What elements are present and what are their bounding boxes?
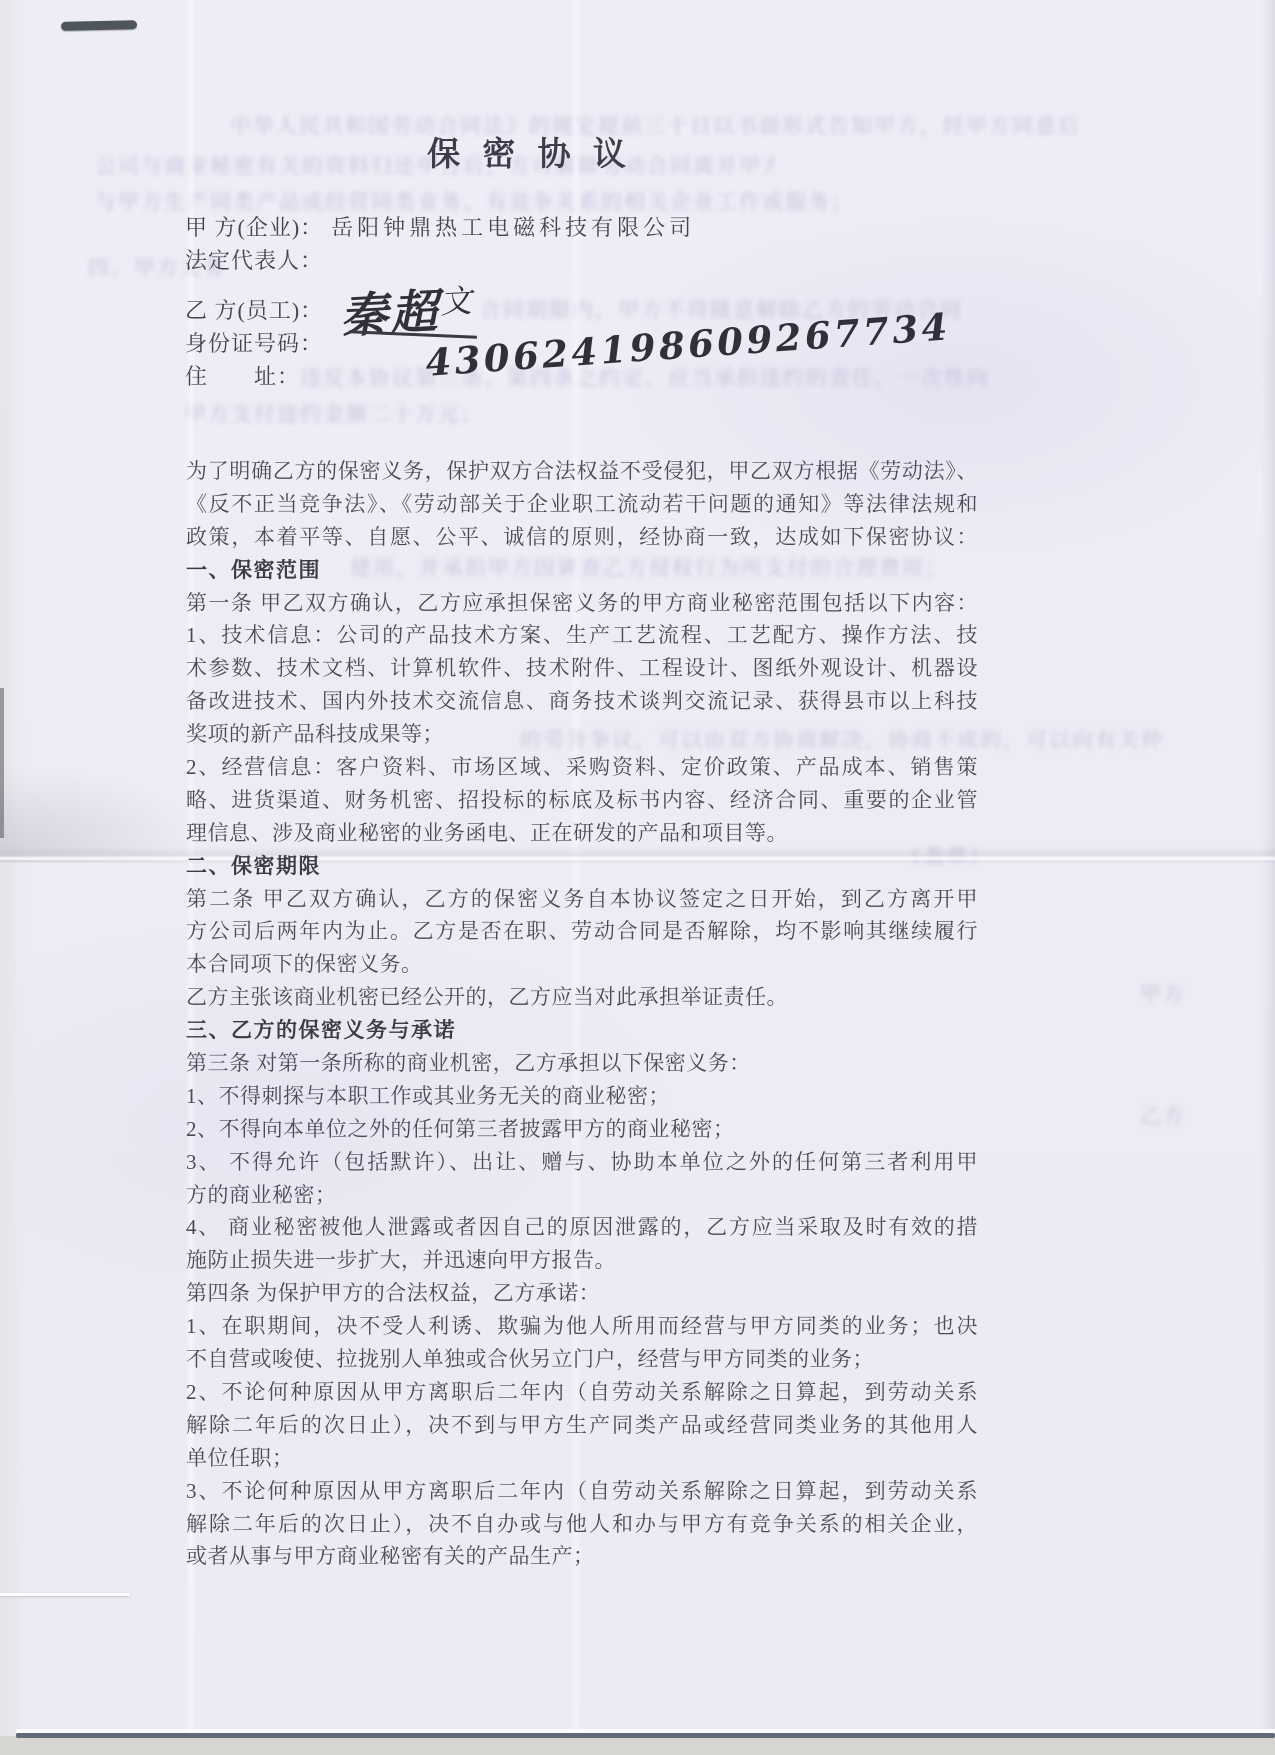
text-line: 方公司后两年内为止。乙方是否在职、劳动合同是否解除，均不影响其继续履行 [186, 915, 978, 948]
paper-page: 中华人民共和国劳动合同法》的规定提前三十日以书面形式告知甲方，经甲方同意后公司与… [0, 0, 1275, 1736]
fold-crease-small [0, 1593, 130, 1596]
text-line: 术参数、技术文档、计算机软件、技术附件、工程设计、图纸外观设计、机器设 [186, 652, 978, 685]
text-line: 施防止损失进一步扩大，并迅速向甲方报告。 [186, 1244, 978, 1277]
text-line: 3、不论何种原因从甲方离职后二年内（自劳动关系解除之日算起，到劳动关系 [186, 1475, 978, 1508]
bleedthrough-line: 甲方 [1140, 978, 1270, 1008]
text-line: 乙方主张该商业机密已经公开的，乙方应当对此承担举证责任。 [186, 981, 978, 1014]
text-line: 《反不正当竞争法》、《劳动部关于企业职工流动若干问题的通知》等法律法规和 [186, 488, 978, 521]
text-line: 理信息、涉及商业秘密的业务函电、正在研发的产品和项目等。 [186, 817, 978, 850]
party-b-label: 乙 方(员工)： [185, 298, 323, 323]
text-line: 三、乙方的保密义务与承诺 [186, 1014, 978, 1047]
scanner-edge-artifact [0, 688, 4, 838]
text-line: 不自营或唆使、拉拢别人单独或合伙另立门户，经营与甲方同类的业务； [186, 1343, 978, 1376]
text-line: 第四条 为保护甲方的合法权益，乙方承诺： [186, 1277, 978, 1310]
text-line: 备改进技术、国内外技术交流信息、商务技术谈判交流记录、获得县市以上科技 [186, 685, 978, 718]
party-a-label: 甲 方(企业)： [185, 215, 323, 240]
legal-rep-label: 法定代表人： [185, 248, 323, 273]
handwritten-name-last: 文 [439, 282, 476, 322]
text-line: 略、进货渠道、财务机密、招投标的标底及标书内容、经济合同、重要的企业管 [186, 784, 978, 817]
bleedthrough-line: 乙方 [1140, 1100, 1272, 1130]
text-line: 1、技术信息：公司的产品技术方案、生产工艺流程、工艺配方、操作方法、技 [186, 619, 978, 652]
document-title: 保 密 协 议 [185, 128, 965, 175]
text-line: 1、在职期间，决不受人利诱、欺骗为他人所用而经营与甲方同类的业务；也决 [186, 1310, 978, 1343]
text-line: 或者从事与甲方商业秘密有关的产品生产； [186, 1540, 978, 1573]
text-line: 单位任职； [186, 1442, 978, 1475]
pen-mark [61, 20, 137, 31]
text-line: 2、不得向本单位之外的任何第三者披露甲方的商业秘密； [186, 1113, 978, 1146]
text-line: 2、经营信息：客户资料、市场区域、采购资料、定价政策、产品成本、销售策 [186, 751, 978, 784]
bleedthrough-line: 甲方支付违约金额二十万元； [185, 398, 485, 428]
text-line: 解除二年后的次日止），决不自办或与他人和办与甲方有竞争关系的相关企业， [186, 1508, 978, 1541]
text-line: 第二条 甲乙双方确认，乙方的保密义务自本协议签定之日开始，到乙方离开甲 [186, 883, 978, 916]
text-line: 4、 商业秘密被他人泄露或者因自己的原因泄露的，乙方应当采取及时有效的措 [186, 1211, 978, 1244]
id-number-label: 身份证号码： [185, 331, 323, 356]
text-line: 解除二年后的次日止），决不到与甲方生产同类产品或经营同类业务的其他用人 [186, 1409, 978, 1442]
text-line: 2、不论何种原因从甲方离职后二年内（自劳动关系解除之日算起，到劳动关系 [186, 1376, 978, 1409]
text-line: 为了明确乙方的保密义务，保护双方合法权益不受侵犯，甲乙双方根据《劳动法》、 [186, 455, 978, 488]
text-line: 第一条 甲乙双方确认，乙方应承担保密义务的甲方商业秘密范围包括以下内容： [186, 587, 978, 620]
address-label: 住 址： [185, 364, 300, 389]
paper-left-edge [0, 0, 26, 1736]
paper-right-edge-shadow [1261, 0, 1275, 1736]
text-line: 第三条 对第一条所称的商业机密，乙方承担以下保密义务： [186, 1047, 978, 1080]
text-line: 3、 不得允许（包括默许）、出让、赠与、协助本单位之外的任何第三者利用甲 [186, 1146, 978, 1179]
text-line: 政策，本着平等、自愿、公平、诚信的原则，经协商一致，达成如下保密协议： [186, 521, 978, 554]
text-line: 1、不得刺探与本职工作或其业务无关的商业秘密； [186, 1080, 978, 1113]
legal-rep-row: 法定代表人： [185, 244, 695, 277]
agreement-body-text: 为了明确乙方的保密义务，保护双方合法权益不受侵犯，甲乙双方根据《劳动法》、《反不… [186, 455, 978, 1573]
party-a-company-name: 岳阳钟鼎热工电磁科技有限公司 [331, 215, 695, 240]
text-line: 方的商业秘密； [186, 1179, 978, 1212]
scanned-document: 中华人民共和国劳动合同法》的规定提前三十日以书面形式告知甲方，经甲方同意后公司与… [0, 0, 1275, 1755]
text-line: 奖项的新产品科技成果等； [186, 718, 978, 751]
text-line: 二、保密期限 [186, 850, 978, 883]
paper-bottom-edge [16, 1733, 1275, 1738]
party-a-row: 甲 方(企业)：岳阳钟鼎热工电磁科技有限公司 [185, 211, 695, 244]
text-line: 本合同项下的保密义务。 [186, 948, 978, 981]
text-line: 一、保密范围 [186, 554, 978, 587]
